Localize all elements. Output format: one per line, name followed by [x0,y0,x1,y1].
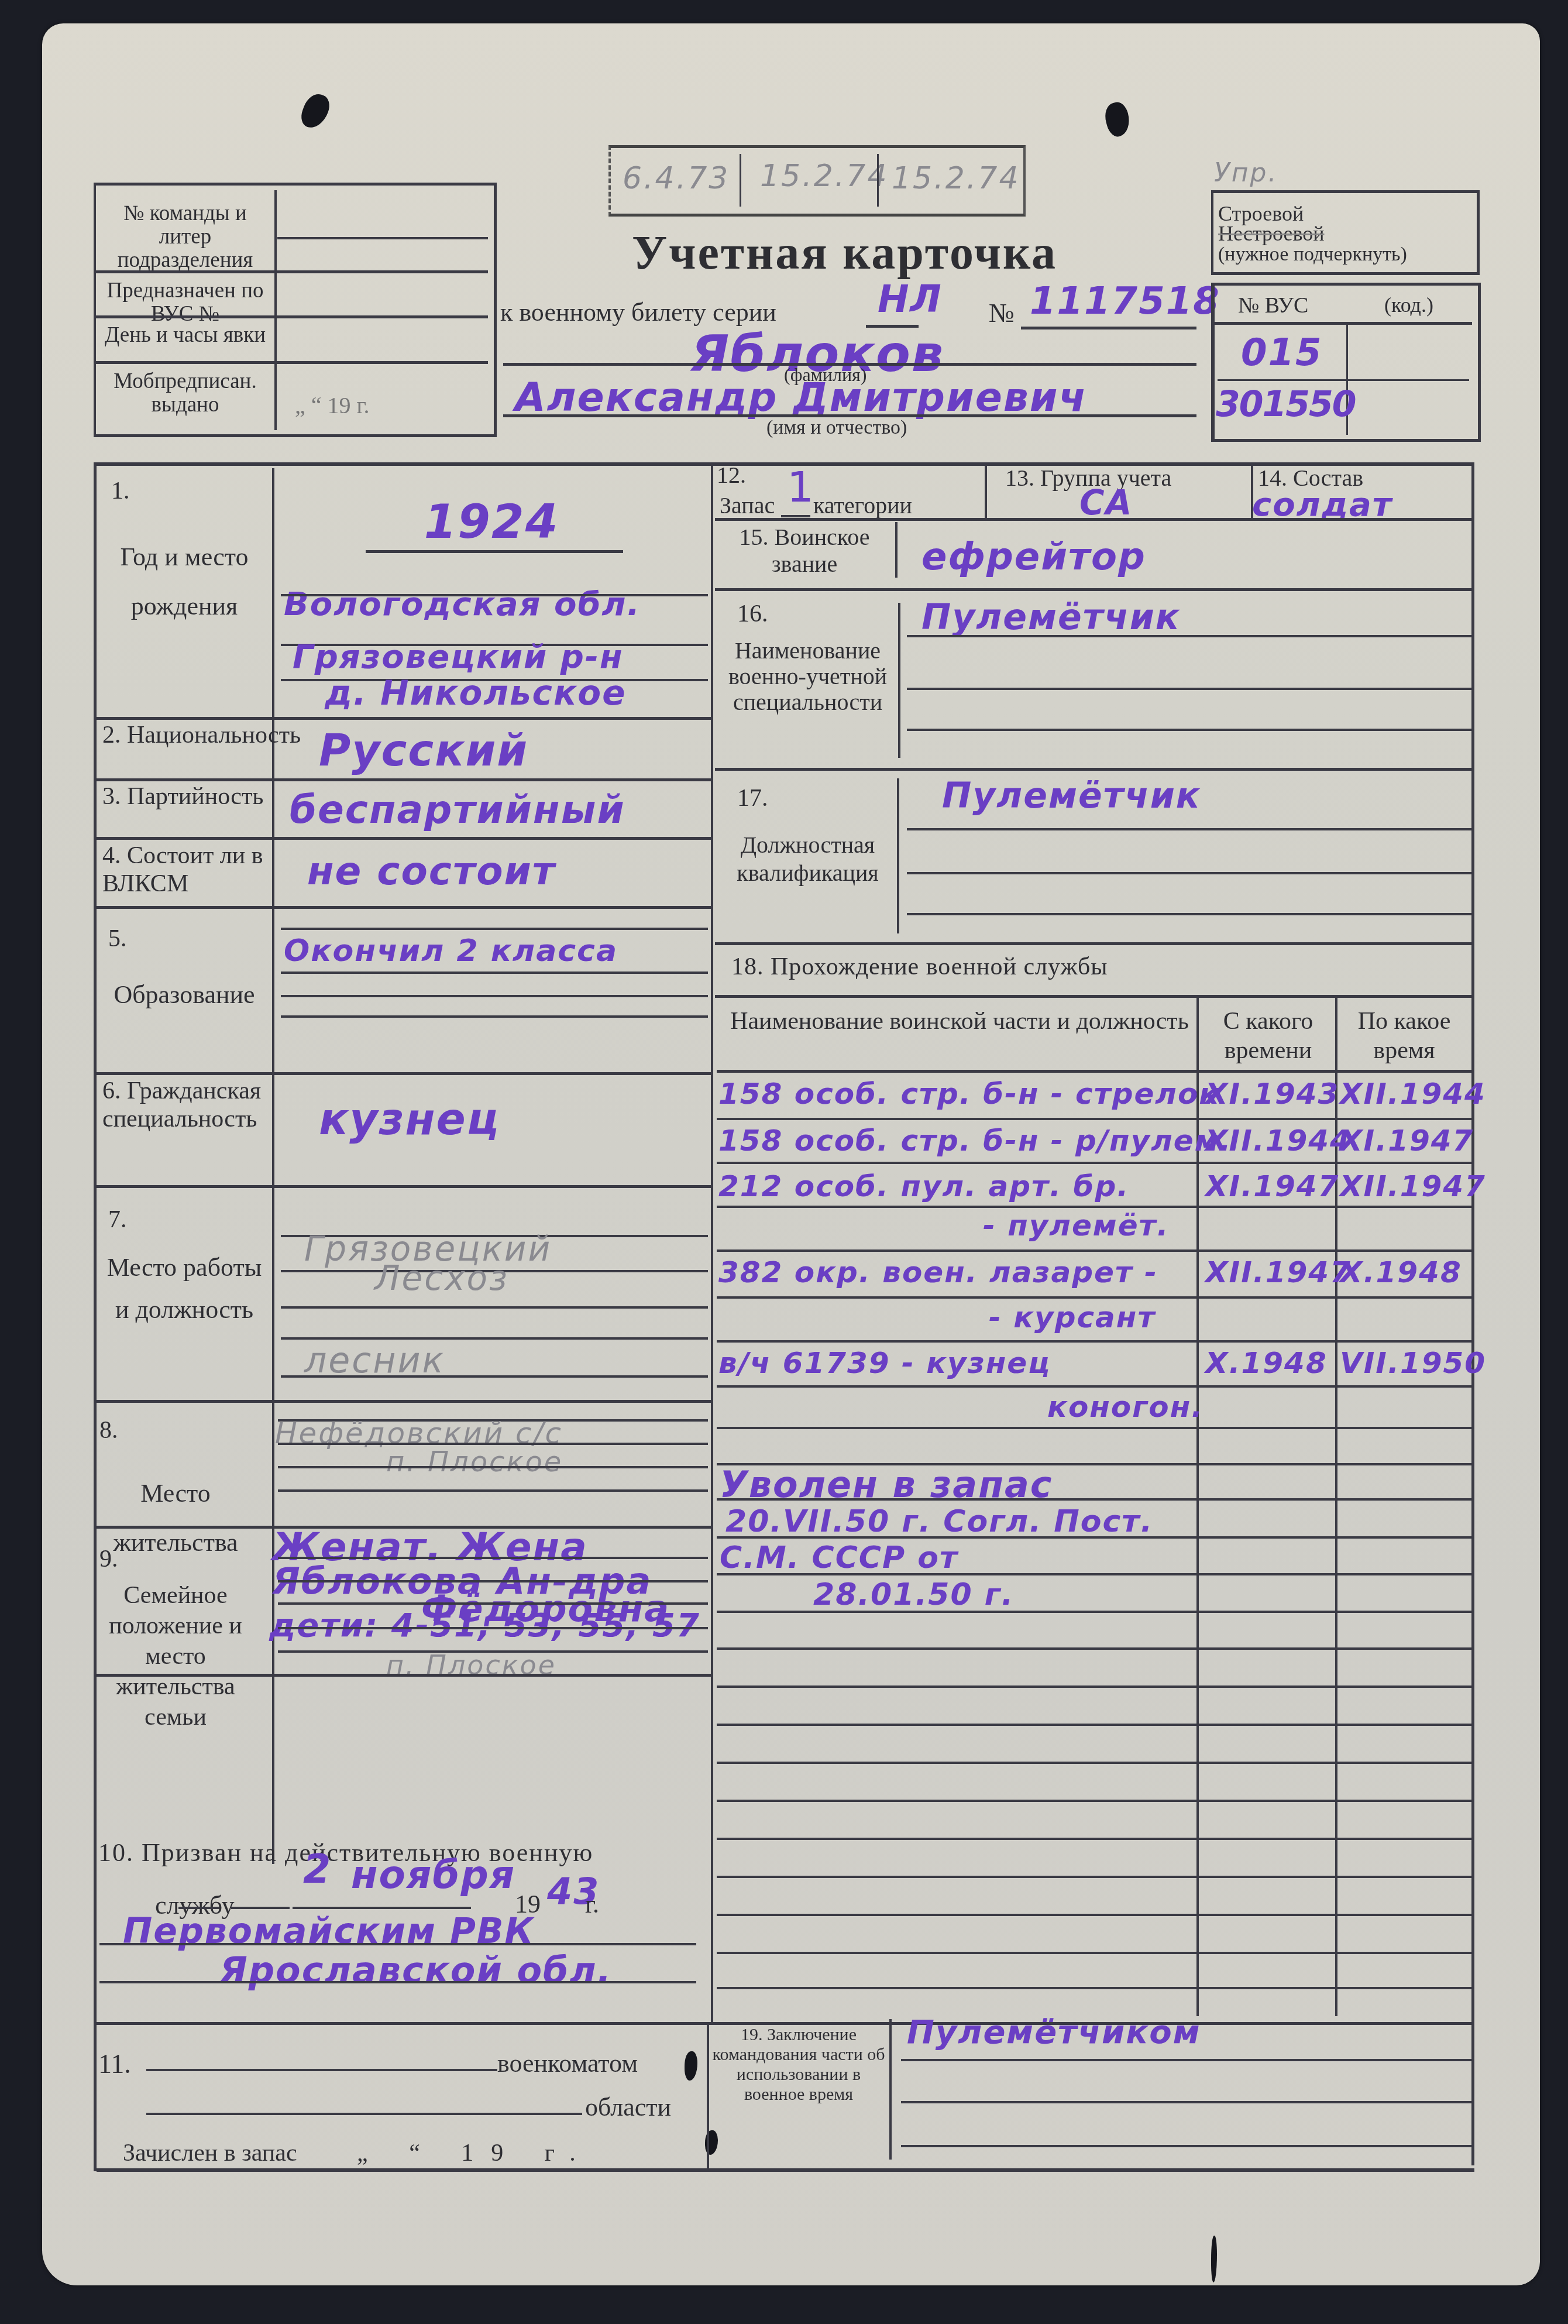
label-team-number: № команды и литер подразделения [96,202,274,272]
field-5-label: Образование [99,969,269,1021]
history-to: X.1948 [1340,1255,1462,1289]
label-column-divider [272,468,274,1864]
rule [907,729,1471,731]
military-rank: ефрейтор [921,535,1146,579]
corner-note: Упр. [1214,158,1278,188]
service-type-box: Строевой Нестроевой (нужное подчеркнуть) [1211,190,1480,275]
rule [281,1306,708,1309]
rule [278,1602,708,1605]
rule [97,1072,711,1075]
rule [715,768,1473,771]
history-to: XII.1947 [1340,1169,1486,1203]
rule [146,2069,497,2071]
field-6-number: 6. [102,1077,121,1104]
field-3-number: 3. [102,783,121,810]
service-history-title: 18. Прохождение военной службы [731,953,1108,981]
field-10-label: 10. Призван на действительную военную [98,1838,593,1868]
form-bottom-rule [97,2168,1474,2172]
rule [717,1498,1471,1501]
rule [717,1340,1471,1343]
region-label: области [585,2092,671,2122]
rule [907,635,1471,637]
reserve-category: 1 [787,462,815,512]
field-11-number: 11. [98,2048,131,2079]
discharge-note-line3: С.М. СССР от [720,1540,958,1575]
field-4-number: 4. [102,842,121,869]
history-unit: 158 особ. стр. б-н - р/пулем. [718,1124,1232,1158]
rule [278,1443,708,1445]
birth-year: 1924 [374,495,608,549]
history-from: XII.1944 [1205,1124,1352,1158]
rule [715,942,1473,945]
children: дети: 4-51, 53, 55, 57 [269,1606,700,1645]
rule [717,1987,1471,1989]
ticket-series: НЛ [878,278,943,321]
rule [715,588,1473,591]
nationality: Русский [319,726,528,776]
noncombat-option: Нестроевой [1218,224,1324,243]
rule [281,1337,708,1340]
rule [293,1907,471,1909]
form-right-border [1471,462,1474,2165]
rule [717,1536,1471,1539]
rule [907,872,1471,874]
rule [717,1162,1471,1164]
category-label: категории [813,492,912,519]
commissariat-label: военкоматом [497,2048,638,2078]
birth-village: д. Никольское [325,673,627,713]
reserve-label: Запас [720,492,775,519]
field-1-number: 1. [111,477,130,505]
field-2-label: 2. Национальность [102,721,301,749]
rule [717,1724,1471,1726]
rule [96,315,488,318]
rule [281,995,708,997]
history-from: X.1948 [1205,1346,1328,1380]
enlisted-label: Зачислен в запас [123,2139,297,2167]
rule [717,1952,1471,1954]
history-from: XI.1943 [1205,1077,1339,1111]
label-report-time: День и часы явки [96,324,274,347]
rule [96,270,488,273]
history-unit: в/ч 61739 - кузнец [718,1346,1051,1380]
rule [97,717,711,720]
rule [366,550,623,553]
field-4-text: Состоит ли в ВЛКСМ [102,842,263,897]
divider [889,2019,892,2160]
rule [281,972,708,974]
military-specialty: Пулемётчик [921,597,1180,638]
stamp-entry: 15.2.74 [760,159,888,194]
rule [1215,322,1472,325]
field-3-label: 3. Партийность [102,782,263,811]
rule [99,1981,696,1983]
history-to: XI.1947 [1340,1124,1474,1158]
education: Окончил 2 класса [284,933,618,969]
column-header-unit: Наименование воинской части и должность [720,1007,1199,1036]
rule [717,1249,1471,1252]
rule [717,1800,1471,1802]
rule [907,688,1471,690]
rule [278,1627,708,1629]
history-unit: - курсант [989,1300,1156,1334]
column-header-from: С какого времени [1199,1007,1337,1065]
rule [717,1876,1471,1878]
history-to: XII.1944 [1340,1077,1486,1111]
column-header-to: По какое время [1337,1007,1471,1065]
rule [717,1914,1471,1916]
divider [897,778,899,933]
birth-district: Грязовецкий р-н [293,638,624,676]
divider [898,603,900,758]
rule [717,1206,1471,1208]
residence-line2: п. Плоское [386,1446,563,1478]
code-header: (код.) [1384,293,1433,317]
rule [278,1557,708,1559]
rule [278,1466,708,1468]
field-3-text: Партийность [127,783,263,810]
field-4-label: 4. Состоит ли в ВЛКСМ [102,842,269,898]
rule [96,361,488,364]
rule [1218,379,1469,381]
field-6-text: Гражданская специальность [102,1077,261,1132]
komsomol-status: не состоит [307,849,556,894]
rule [717,1685,1471,1688]
history-unit: 158 особ. стр. б-н - стрелок [718,1077,1220,1111]
field-5-number: 5. [108,925,127,953]
conscription-month: ноября [351,1852,515,1897]
rule [97,837,711,840]
rule [717,1762,1471,1764]
field-16-label: Наименование военно-учетной специальност… [718,638,897,715]
name-caption: (имя и отчество) [766,417,907,439]
rule [97,1185,711,1188]
commissariat-region: Ярославской обл. [219,1949,612,1992]
rule [97,778,711,781]
field-16-number: 16. [737,600,768,628]
ticket-number: 1117518 [1030,280,1220,323]
vus-code: 301550 [1216,384,1356,425]
wartime-use-conclusion: Пулемётчиком [907,2013,1201,2051]
stamp-entry: 15.2.74 [892,161,1020,196]
stamp-divider [740,154,741,207]
vus-number: 015 [1241,331,1323,375]
mobilization-date: „ “ 19 г. [295,392,369,419]
rule [901,2101,1471,2103]
vus-header: № ВУС [1238,293,1308,318]
divider [895,522,898,578]
accounting-group: СА [1079,483,1133,523]
rule [277,237,488,239]
job-qualification: Пулемётчик [942,775,1201,816]
rule [99,1943,696,1945]
rule [717,1296,1471,1299]
field-19-label: 19. Заключение командования части об исп… [708,2025,889,2105]
vus-box: № ВУС (код.) 015 301550 [1211,283,1481,442]
rule [278,1489,708,1492]
rule [901,2059,1471,2061]
rule [231,1907,290,1909]
rule [717,1070,1471,1073]
rule [281,928,708,930]
field-12-number: 12. [717,462,746,488]
archive-stamp-box: 6.4.73 15.2.74 15.2.74 [608,145,1026,217]
history-unit: - пулемёт. [983,1209,1170,1242]
rule [907,828,1471,830]
number-line [1021,327,1196,329]
rule [781,515,810,517]
rule [281,1015,708,1018]
divider [274,190,277,430]
history-from: XII.1947 [1205,1255,1352,1289]
rule [717,1427,1471,1429]
stamp-entry: 6.4.73 [623,161,730,196]
field-7-number: 7. [108,1206,127,1234]
rule [717,1611,1471,1613]
rule [717,1118,1471,1120]
field-15-label: 15. Воинское звание [717,524,892,578]
discharge-note-line2: 20.VII.50 г. Согл. Пост. [725,1504,1153,1539]
form-center-divider [711,462,713,2022]
label-mobilization-order: Мобпредписан. выдано [96,370,274,417]
discharge-note-line4: 28.01.50 г. [813,1577,1015,1612]
rule [717,1647,1471,1650]
year-suffix: г. [585,1889,599,1919]
field-9-number: 9. [99,1545,118,1573]
rule [717,1385,1471,1388]
rule [146,2113,582,2115]
history-to: VII.1950 [1340,1346,1486,1380]
birth-region: Вологодская обл. [284,585,641,623]
field-9-label: Семейное положение и место жительства се… [88,1580,263,1732]
workplace-line2: Лесхоз [374,1258,509,1298]
combat-option: Строевой [1218,204,1304,224]
rule [97,906,711,909]
rule [717,1573,1471,1575]
divider [985,465,987,518]
field-2-text: Национальность [127,722,301,749]
field-1-label: Год и место рождения [99,533,269,631]
field-7-label: Место работы и должность [99,1247,269,1331]
rule [907,913,1471,915]
rule [715,518,1473,521]
history-unit: 212 особ. пул. арт. бр. [718,1169,1129,1203]
rule [901,2145,1471,2147]
party-membership: беспартийный [290,787,625,832]
rule [178,1907,219,1909]
card-title: Учетная карточка [632,225,1057,280]
field-17-number: 17. [737,784,768,812]
rule [97,1400,711,1403]
stamp-divider [877,154,879,207]
rule [717,1838,1471,1840]
field-17-label: Должностная квалификация [718,831,897,887]
history-from: XI.1947 [1205,1169,1339,1203]
top-left-box: № команды и литер подразделения Предназн… [94,183,497,437]
civil-specialty: кузнец [319,1094,500,1145]
rule [281,594,708,596]
subtitle-label: к военному билету серии [500,297,776,327]
commissariat: Первомайским РВК [123,1911,535,1952]
conscription-day: 2 [303,1846,332,1893]
field-2-number: 2. [102,722,121,749]
rule [281,1375,708,1378]
history-unit: 382 окр. воен. лазарет - [718,1255,1158,1289]
enlisted-date: „ “ 19 г. [357,2139,593,2167]
rule [715,995,1473,998]
rule [278,1580,708,1582]
field-8-number: 8. [99,1416,118,1444]
history-unit: коногон. [1047,1390,1203,1424]
rule [97,1674,711,1677]
field-6-label: 6. Гражданская специальность [102,1077,269,1133]
number-label: № [989,297,1015,328]
label-vus-assignment: Предназначен по ВУС № [96,279,274,326]
underline-hint: (нужное подчеркнуть) [1218,245,1407,265]
